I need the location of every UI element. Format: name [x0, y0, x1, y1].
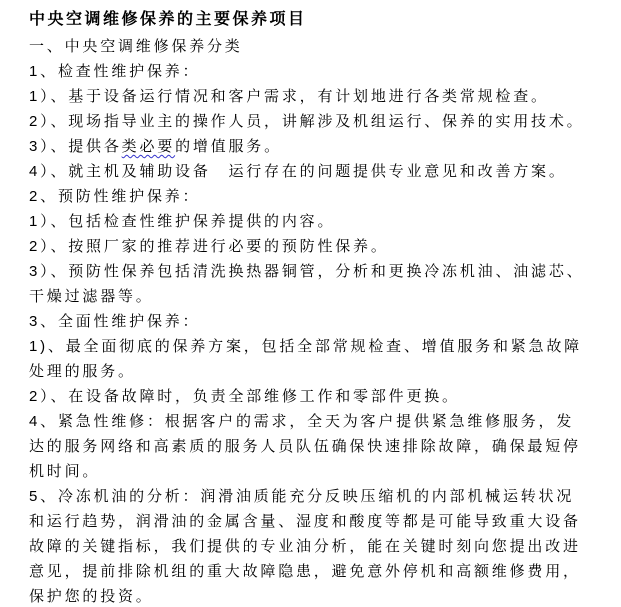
- paragraph-line: 保护您的投资。: [29, 584, 595, 607]
- paragraph-line: 故障的关键指标，我们提供的专业油分析，能在关键时刻向您提出改进: [29, 534, 595, 559]
- paragraph-line: 2）、现场指导业主的操作人员，讲解涉及机组运行、保养的实用技术。: [29, 109, 595, 134]
- paragraph-line: 干燥过滤器等。: [29, 284, 595, 309]
- paragraph-line: 1)、最全面彻底的保养方案，包括全部常规检查、增值服务和紧急故障: [29, 334, 595, 359]
- paragraph-line-with-squiggle: 3）、提供各类必要的增值服务。: [29, 134, 595, 159]
- paragraph-line: 1）、包括检查性维护保养提供的内容。: [29, 209, 595, 234]
- misspelled-text: 类必要: [122, 138, 175, 155]
- paragraph-line: 和运行趋势，润滑油的金属含量、湿度和酸度等都是可能导致重大设备: [29, 509, 595, 534]
- line-text: 3）、提供各: [29, 138, 122, 155]
- document-page: 中央空调维修保养的主要保养项目 一、中央空调维修保养分类 1、检查性维护保养： …: [0, 0, 621, 607]
- document-title: 中央空调维修保养的主要保养项目: [29, 6, 595, 34]
- paragraph-line: 4、紧急性维修：根据客户的需求，全天为客户提供紧急维修服务，发: [29, 409, 595, 434]
- paragraph-line: 3、全面性维护保养：: [29, 309, 595, 334]
- paragraph-line: 机时间。: [29, 459, 595, 484]
- paragraph-line: 4）、就主机及辅助设备 运行存在的问题提供专业意见和改善方案。: [29, 159, 595, 184]
- paragraph-line: 意见，提前排除机组的重大故障隐患，避免意外停机和高额维修费用，: [29, 559, 595, 584]
- paragraph-line: 一、中央空调维修保养分类: [29, 34, 595, 59]
- paragraph-line: 2、预防性维护保养：: [29, 184, 595, 209]
- paragraph-line: 2）、按照厂家的推荐进行必要的预防性保养。: [29, 234, 595, 259]
- paragraph-line: 1、检查性维护保养：: [29, 59, 595, 84]
- paragraph-line: 5、冷冻机油的分析：润滑油质能充分反映压缩机的内部机械运转状况: [29, 484, 595, 509]
- paragraph-line: 3）、预防性保养包括清洗换热器铜管，分析和更换冷冻机油、油滤芯、: [29, 259, 595, 284]
- paragraph-line: 达的服务网络和高素质的服务人员队伍确保快速排除故障，确保最短停: [29, 434, 595, 459]
- paragraph-line: 处理的服务。: [29, 359, 595, 384]
- line-text: 的增值服务。: [175, 138, 282, 155]
- paragraph-line: 1）、基于设备运行情况和客户需求，有计划地进行各类常规检查。: [29, 84, 595, 109]
- paragraph-line: 2）、在设备故障时，负责全部维修工作和零部件更换。: [29, 384, 595, 409]
